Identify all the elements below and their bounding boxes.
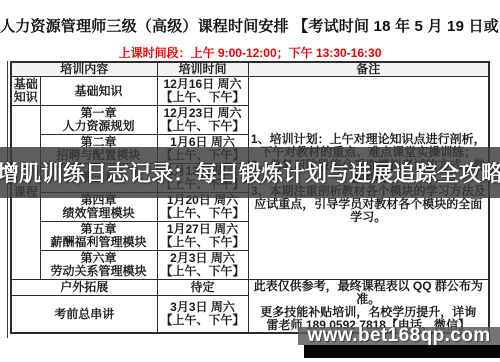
group-cell-basic: 基础知识 — [11, 77, 40, 106]
session-text: 【上午、下午】 — [158, 265, 248, 279]
module-cell: 基础知识 — [40, 77, 157, 106]
table-header-row: 培训内容 培训时间 备注 — [11, 62, 489, 77]
header-notes: 备注 — [248, 62, 489, 77]
notice-line: 此表仅供参考，最终课程表以 QQ 群公布为准。 — [249, 280, 489, 306]
date-text: 2月3日 周六 — [158, 252, 248, 266]
header-content: 培训内容 — [11, 62, 157, 77]
class-hours-note: 上课时间段：上午 9:00-12:00；下午 13:30-16:30 — [0, 44, 500, 61]
module-text: 劳动关系管理模块 — [41, 265, 157, 279]
chapter-text: 第六章 — [41, 252, 157, 266]
table-row: 户外拓展 待定 此表仅供参考，最终课程表以 QQ 群公布为准。 更多技能补贴培训… — [11, 280, 489, 296]
watermark-band: www.bet168qp.com — [298, 327, 500, 345]
date-text: 3月3日 周六 — [158, 301, 248, 315]
module-cell: 第一章 人力资源规划 — [40, 106, 157, 135]
module-text: 薪酬福利管理模块 — [41, 236, 157, 250]
overlay-caption-text: 增肌训练日志记录：每日锻炼计划与进展追踪全攻略 — [0, 157, 500, 188]
date-cell: 3月3日 周六 【上午、下午】 — [157, 296, 248, 333]
chapter-text: 第五章 — [41, 223, 157, 237]
course-schedule-page: 人力资源管理师三级（高级）课程时间安排 【考试时间 18 年 5 月 19 日或… — [0, 0, 500, 362]
module-cell: 考前总串讲 — [11, 296, 157, 333]
page-title: 人力资源管理师三级（高级）课程时间安排 【考试时间 18 年 5 月 19 日或… — [0, 15, 500, 36]
watermark-bar — [304, 345, 500, 358]
date-cell: 2月3日 周六 【上午、下午】 — [157, 251, 248, 280]
watermark-text: www.bet168qp.com — [307, 325, 490, 347]
session-text: 【上午、下午】 — [158, 207, 248, 221]
module-text: 绩效管理模块 — [41, 207, 157, 221]
session-text: 【上午、下午】 — [158, 120, 248, 134]
session-text: 【上午、下午】 — [158, 236, 248, 250]
table-outer-rule — [7, 61, 8, 338]
chapter-text: 第一章 — [41, 107, 157, 121]
date-cell: 待定 — [157, 280, 248, 296]
session-text: 【上午、下午】 — [158, 314, 248, 328]
table-row: 基础知识 基础知识 12月16日 周六 【上午、下午】 1、培训计划：上午对理论… — [11, 77, 489, 106]
overlay-caption-band: 增肌训练日志记录：每日锻炼计划与进展追踪全攻略 — [0, 147, 500, 198]
module-cell: 第五章 薪酬福利管理模块 — [40, 222, 157, 251]
date-text: 1月27日 周六 — [158, 223, 248, 237]
module-text: 人力资源规划 — [41, 120, 157, 134]
date-text: 12月23日 周六 — [158, 107, 248, 121]
module-cell: 户外拓展 — [11, 280, 157, 296]
date-cell: 12月23日 周六 【上午、下午】 — [157, 106, 248, 135]
date-cell: 1月27日 周六 【上午、下午】 — [157, 222, 248, 251]
module-cell: 第六章 劳动关系管理模块 — [40, 251, 157, 280]
header-time: 培训时间 — [157, 62, 248, 77]
date-text: 12月16日 周六 — [158, 78, 248, 92]
date-cell: 12月16日 周六 【上午、下午】 — [157, 77, 248, 106]
session-text: 【上午、下午】 — [158, 91, 248, 105]
